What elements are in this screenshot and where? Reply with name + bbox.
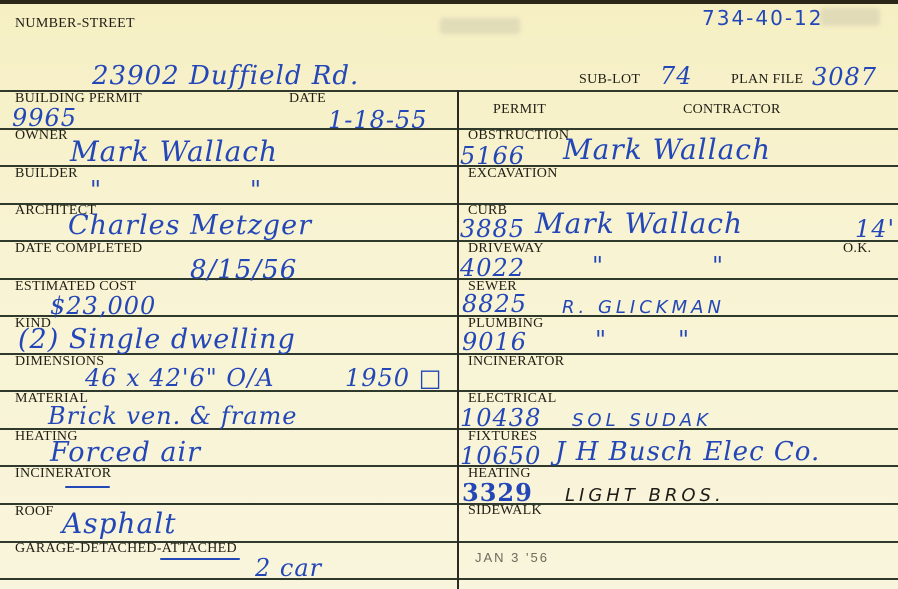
- column-divider: [457, 90, 459, 589]
- electrical-contractor: SOL SUDAK: [572, 409, 712, 433]
- number-street-label: NUMBER-STREET: [15, 17, 135, 31]
- sub-lot-value: 74: [660, 64, 693, 88]
- driveway-permit: 4022: [460, 256, 525, 280]
- address-value: 23902 Duffield Rd.: [92, 64, 359, 88]
- sidewalk-label: SIDEWALK: [468, 504, 542, 518]
- garage-value: 2 car: [255, 556, 322, 580]
- roof-label: ROOF: [15, 505, 54, 519]
- rule-line: [0, 578, 898, 580]
- fixtures-permit: 10650: [460, 444, 541, 468]
- smudge: [440, 18, 520, 34]
- obstruction-permit: 5166: [460, 144, 525, 168]
- obstruction-label: OBSTRUCTION: [468, 129, 569, 143]
- dimensions-value: 46 x 42'6" O/A: [85, 366, 275, 390]
- architect-value: Charles Metzger: [68, 214, 312, 238]
- incinerator-right-label: INCINERATOR: [468, 355, 564, 369]
- incinerator-label: INCINERATOR: [15, 467, 111, 481]
- building-permit-value: 9965: [12, 106, 77, 130]
- curb-note: 14': [855, 217, 895, 241]
- date-completed-value: 8/15/56: [190, 258, 297, 282]
- contractor-header: CONTRACTOR: [683, 103, 781, 117]
- attached-underline: [160, 558, 240, 560]
- builder-label: BUILDER: [15, 167, 78, 181]
- sewer-contractor: R. GLICKMAN: [562, 296, 725, 320]
- date-label: DATE: [289, 92, 326, 106]
- dimensions-area: 1950 □: [345, 366, 442, 390]
- fixtures-contractor: J H Busch Elec Co.: [555, 440, 820, 464]
- electrical-permit: 10438: [460, 406, 541, 430]
- owner-label: OWNER: [15, 129, 68, 143]
- rule-line: [0, 503, 898, 505]
- curb-contractor: Mark Wallach: [535, 212, 743, 236]
- obstruction-contractor: Mark Wallach: [563, 138, 771, 162]
- excavation-label: EXCAVATION: [468, 167, 558, 181]
- garage-label: GARAGE-DETACHED-ATTACHED: [15, 542, 237, 556]
- roof-value: Asphalt: [62, 512, 176, 536]
- permit-header: PERMIT: [493, 103, 546, 117]
- permit-card: NUMBER-STREET 734-40-12 23902 Duffield R…: [0, 0, 898, 589]
- owner-value: Mark Wallach: [70, 140, 278, 164]
- plumbing-permit: 9016: [462, 330, 527, 354]
- sewer-permit: 8825: [462, 292, 527, 316]
- heating-permit: 3329: [462, 481, 533, 505]
- card-top-edge: [0, 0, 898, 4]
- plan-file-label: PLAN FILE: [731, 73, 803, 87]
- driveway-ditto-2: ": [712, 254, 724, 278]
- plumbing-ditto-2: ": [678, 328, 690, 352]
- heating-contractor: LIGHT BROS.: [565, 484, 725, 508]
- plumbing-ditto-1: ": [595, 328, 607, 352]
- incinerator-underline: [65, 486, 110, 488]
- sub-lot-label: SUB-LOT: [579, 73, 640, 87]
- estimated-cost-value: $23,000: [50, 294, 156, 318]
- builder-ditto-2: ": [250, 178, 262, 202]
- curb-permit: 3885: [460, 217, 525, 241]
- date-value: 1-18-55: [328, 108, 428, 132]
- driveway-ditto-1: ": [592, 254, 604, 278]
- file-number: 734-40-12: [702, 6, 824, 30]
- kind-value: (2) Single dwelling: [18, 328, 296, 352]
- driveway-note: O.K.: [843, 242, 871, 256]
- builder-ditto-1: ": [90, 178, 102, 202]
- rule-line: [0, 203, 898, 205]
- rule-line: [0, 128, 898, 130]
- smudge: [820, 8, 880, 26]
- date-stamp: JAN 3 '56: [475, 550, 549, 565]
- heating-value: Forced air: [50, 441, 201, 465]
- date-completed-label: DATE COMPLETED: [15, 242, 142, 256]
- material-value: Brick ven. & frame: [48, 404, 298, 428]
- plan-file-value: 3087: [812, 65, 877, 89]
